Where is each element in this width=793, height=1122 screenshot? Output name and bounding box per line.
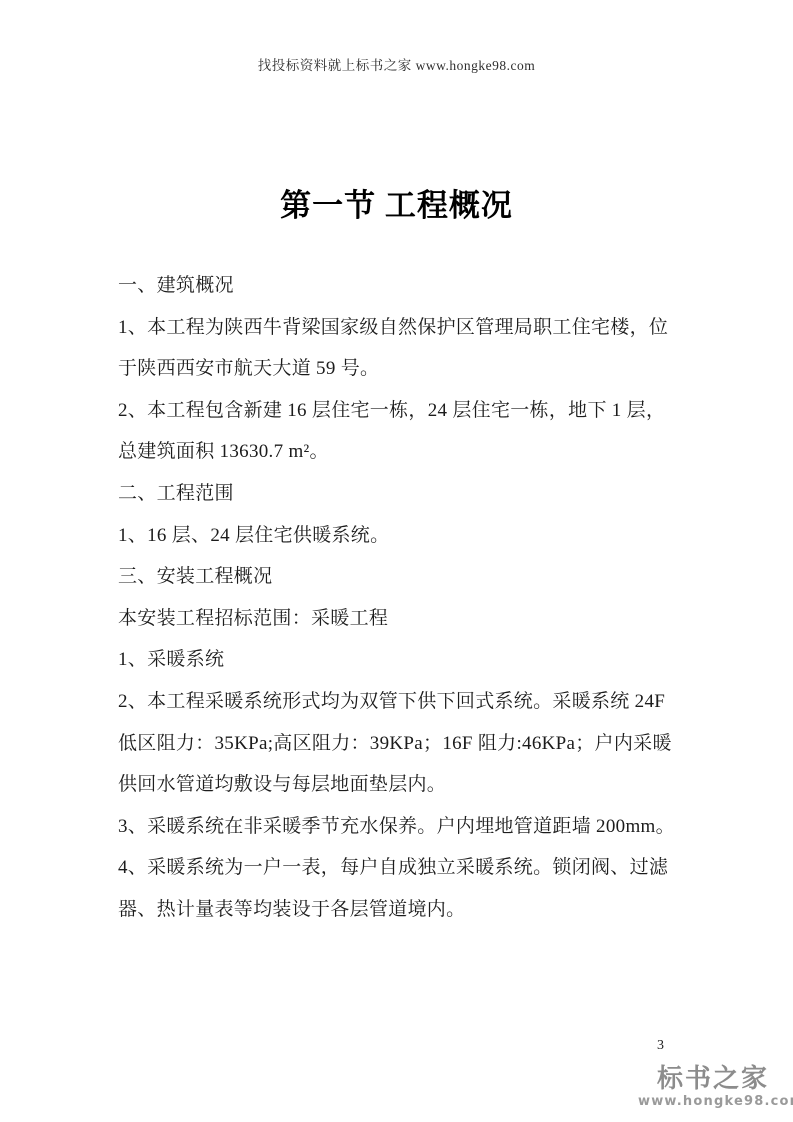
text-line: 供回水管道均敷设与每层地面垫层内。 (118, 764, 674, 806)
text-line: 2、本工程包含新建 16 层住宅一栋，24 层住宅一栋，地下 1 层， (118, 390, 674, 432)
text-line: 器、热计量表等均装设于各层管道境内。 (118, 889, 674, 931)
text-line: 总建筑面积 13630.7 m²。 (118, 431, 674, 473)
text-line: 二、工程范围 (118, 473, 674, 515)
watermark-url: www.hongke98.com (638, 1094, 788, 1109)
page-number: 3 (657, 1038, 664, 1054)
text-line: 4、采暖系统为一户一表，每户自成独立采暖系统。锁闭阀、过滤 (118, 847, 674, 889)
page-header-text: 找投标资料就上标书之家 www.hongke98.com (0, 54, 793, 74)
section-title: 第一节 工程概况 (0, 180, 793, 225)
watermark-logo: 标书之家 (638, 1064, 788, 1094)
text-line: 1、16 层、24 层住宅供暖系统。 (118, 515, 674, 557)
document-body: 一、建筑概况1、本工程为陕西牛背梁国家级自然保护区管理局职工住宅楼，位于陕西西安… (118, 265, 674, 931)
watermark: 标书之家 www.hongke98.com (638, 1064, 788, 1109)
text-line: 一、建筑概况 (118, 265, 674, 307)
text-line: 本安装工程招标范围：采暖工程 (118, 598, 674, 640)
text-line: 3、采暖系统在非采暖季节充水保养。户内埋地管道距墙 200mm。 (118, 806, 674, 848)
text-line: 于陕西西安市航天大道 59 号。 (118, 348, 674, 390)
text-line: 1、采暖系统 (118, 639, 674, 681)
document-page: 找投标资料就上标书之家 www.hongke98.com 第一节 工程概况 一、… (0, 0, 793, 1122)
text-line: 2、本工程采暖系统形式均为双管下供下回式系统。采暖系统 24F (118, 681, 674, 723)
text-line: 三、安装工程概况 (118, 556, 674, 598)
text-line: 1、本工程为陕西牛背梁国家级自然保护区管理局职工住宅楼，位 (118, 307, 674, 349)
text-line: 低区阻力：35KPa;高区阻力：39KPa；16F 阻力:46KPa；户内采暖 (118, 723, 674, 765)
